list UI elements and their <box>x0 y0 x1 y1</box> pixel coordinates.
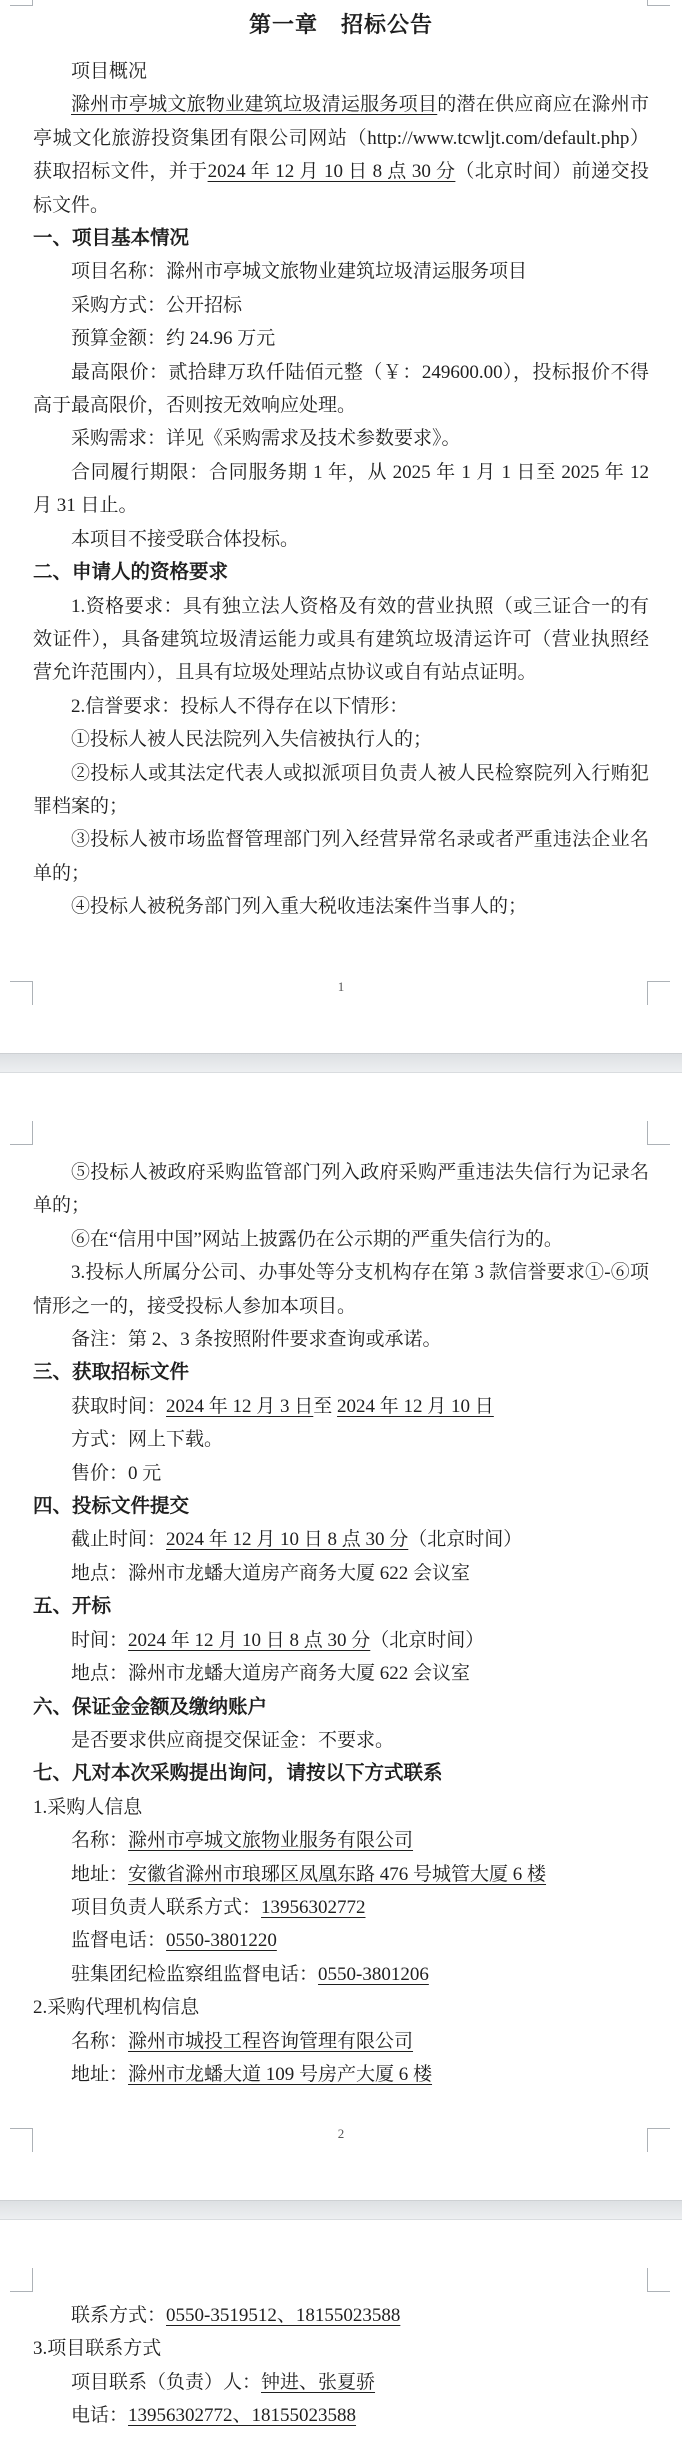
underlined-text: 0550-3801220 <box>166 1930 277 1951</box>
credit-item-1: ①投标人被人民法院列入失信被执行人的； <box>33 723 649 756</box>
text-run: 项目联系（负责）人： <box>71 2372 261 2393</box>
text-run: ①投标人被人民法院列入失信被执行人的； <box>71 729 432 750</box>
text-run: 地点：滁州市龙蟠大道房产商务大厦 622 会议室 <box>71 1563 470 1584</box>
field-procurement-method: 采购方式：公开招标 <box>33 289 649 322</box>
text-run: 3.投标人所属分公司、办事处等分支机构存在第 3 款信誉要求①-⑥项情形之一的，… <box>33 1262 649 1316</box>
text-run: ⑤投标人被政府采购监管部门列入政府采购严重违法失信行为记录名单的； <box>33 1162 649 1216</box>
text-run: 六、保证金金额及缴纳账户 <box>33 1696 267 1718</box>
text-run: 最高限价：贰拾肆万玖仟陆佰元整（￥：249600.00），投标报价不得高于最高限… <box>33 362 649 416</box>
purchaser-info-label: 1.采购人信息 <box>33 1791 649 1824</box>
page-1: 第一章 招标公告项目概况滁州市亭城文旅物业建筑垃圾清运服务项目的潜在供应商应在滁… <box>0 0 682 1053</box>
purchaser-address: 地址：安徽省滁州市琅琊区凤凰东路 476 号城管大厦 6 楼 <box>33 1858 649 1891</box>
page-content: 联系方式：0550-3519512、181550235883.项目联系方式项目联… <box>0 2220 682 2433</box>
project-overview-label: 项目概况 <box>33 55 649 88</box>
text-run: 2.采购代理机构信息 <box>33 1997 199 2018</box>
text-run: 采购方式：公开招标 <box>71 295 242 316</box>
text-run: 七、凡对本次采购提出询问，请按以下方式联系 <box>33 1762 443 1784</box>
field-obtain-time: 获取时间：2024 年 12 月 3 日至 2024 年 12 月 10 日 <box>33 1390 649 1423</box>
credit-item-3: ③投标人被市场监督管理部门列入经营异常名录或者严重违法企业名单的； <box>33 823 649 890</box>
agency-address: 地址：滁州市龙蟠大道 109 号房产大厦 6 楼 <box>33 2058 649 2091</box>
field-procurement-demand: 采购需求：详见《采购需求及技术参数要求》。 <box>33 422 649 455</box>
underlined-text: 钟进、张夏骄 <box>261 2372 375 2393</box>
underlined-text: 2024 年 12 月 10 日 <box>337 1396 494 1417</box>
purchaser-name: 名称：滁州市亭城文旅物业服务有限公司 <box>33 1824 649 1857</box>
margin-crop-mark-tr <box>647 1121 670 1145</box>
text-run: 合同履行期限：合同服务期 1 年，从 2025 年 1 月 1 日至 2025 … <box>33 462 649 516</box>
page-content: 第一章 招标公告项目概况滁州市亭城文旅物业建筑垃圾清运服务项目的潜在供应商应在滁… <box>0 0 682 924</box>
text-run: 五、开标 <box>33 1595 111 1617</box>
underlined-text: 滁州市城投工程咨询管理有限公司 <box>128 2031 413 2052</box>
text-run: 地点：滁州市龙蟠大道房产商务大厦 622 会议室 <box>71 1663 470 1684</box>
page-number: 2 <box>0 2126 682 2142</box>
credit-item-4: ④投标人被税务部门列入重大税收违法案件当事人的； <box>33 890 649 923</box>
field-project-name: 项目名称：滁州市亭城文旅物业建筑垃圾清运服务项目 <box>33 255 649 288</box>
text-run: 名称： <box>71 2031 128 2052</box>
margin-crop-mark-tl <box>10 2268 33 2292</box>
field-submit-place: 地点：滁州市龙蟠大道房产商务大厦 622 会议室 <box>33 1557 649 1590</box>
agency-info-label: 2.采购代理机构信息 <box>33 1991 649 2024</box>
page-content: ⑤投标人被政府采购监管部门列入政府采购严重违法失信行为记录名单的；⑥在“信用中国… <box>0 1073 682 2091</box>
text-run: 售价：0 元 <box>71 1463 161 1484</box>
section-7-heading: 七、凡对本次采购提出询问，请按以下方式联系 <box>33 1757 649 1790</box>
purchaser-contact: 项目负责人联系方式：13956302772 <box>33 1891 649 1924</box>
text-run: 一、项目基本情况 <box>33 227 189 249</box>
underlined-text: 滁州市亭城文旅物业建筑垃圾清运服务项目 <box>71 94 437 115</box>
text-run: 地址： <box>71 1864 128 1885</box>
overview-paragraph: 滁州市亭城文旅物业建筑垃圾清运服务项目的潜在供应商应在滁州市亭城文化旅游投资集团… <box>33 88 649 222</box>
section-1-heading: 一、项目基本情况 <box>33 222 649 255</box>
supervision-phone: 监督电话：0550-3801220 <box>33 1924 649 1957</box>
text-run: 项目负责人联系方式： <box>71 1897 261 1918</box>
text-run: ④投标人被税务部门列入重大税收违法案件当事人的； <box>71 896 527 917</box>
text-run: 预算金额：约 24.96 万元 <box>71 328 275 349</box>
qualification-requirement: 1.资格要求：具有独立法人资格及有效的营业执照（或三证合一的有效证件），具备建筑… <box>33 590 649 690</box>
section-6-heading: 六、保证金金额及缴纳账户 <box>33 1691 649 1724</box>
credit-requirement: 2.信誉要求：投标人不得存在以下情形： <box>33 690 649 723</box>
page-number: 1 <box>0 979 682 995</box>
text-run: 本项目不接受联合体投标。 <box>71 529 299 550</box>
text-run: 1.资格要求：具有独立法人资格及有效的营业执照（或三证合一的有效证件），具备建筑… <box>33 596 649 684</box>
text-run: 二、申请人的资格要求 <box>33 561 228 583</box>
field-contract-period: 合同履行期限：合同服务期 1 年，从 2025 年 1 月 1 日至 2025 … <box>33 456 649 523</box>
text-run: （北京时间） <box>370 1630 484 1651</box>
text-run: 三、获取招标文件 <box>33 1361 189 1383</box>
underlined-text: 2024 年 12 月 10 日 8 点 30 分 <box>128 1630 370 1651</box>
text-run: 项目名称：滁州市亭城文旅物业建筑垃圾清运服务项目 <box>71 261 527 282</box>
text-run: 是否要求供应商提交保证金：不要求。 <box>71 1730 394 1751</box>
field-budget: 预算金额：约 24.96 万元 <box>33 322 649 355</box>
text-run: 至 <box>313 1396 337 1417</box>
underlined-text: 13956302772 <box>261 1897 366 1918</box>
page-separator <box>0 2200 682 2220</box>
text-run: 四、投标文件提交 <box>33 1495 189 1517</box>
text-run: 联系方式： <box>71 2305 166 2326</box>
field-deadline: 截止时间：2024 年 12 月 10 日 8 点 30 分（北京时间） <box>33 1523 649 1556</box>
discipline-supervision-phone: 驻集团纪检监察组监督电话：0550-3801206 <box>33 1958 649 1991</box>
margin-crop-mark-tr <box>647 2268 670 2292</box>
text-run: 驻集团纪检监察组监督电话： <box>71 1964 318 1985</box>
text-run: 时间： <box>71 1630 128 1651</box>
text-run: 采购需求：详见《采购需求及技术参数要求》。 <box>71 428 461 449</box>
project-contact-person: 项目联系（负责）人：钟进、张夏骄 <box>33 2366 649 2399</box>
underlined-text: 0550-3519512、18155023588 <box>166 2305 400 2326</box>
underlined-text: 安徽省滁州市琅琊区凤凰东路 476 号城管大厦 6 楼 <box>128 1864 546 1885</box>
page-3: 联系方式：0550-3519512、181550235883.项目联系方式项目联… <box>0 2220 682 2445</box>
remark-note: 备注：第 2、3 条按照附件要求查询或承诺。 <box>33 1323 649 1356</box>
document-viewer: 第一章 招标公告项目概况滁州市亭城文旅物业建筑垃圾清运服务项目的潜在供应商应在滁… <box>0 0 682 2445</box>
text-run: 第一章 招标公告 <box>249 12 433 37</box>
underlined-text: 13956302772、18155023588 <box>128 2405 356 2426</box>
text-run: ⑥在“信用中国”网站上披露仍在公示期的严重失信行为的。 <box>71 1229 563 1250</box>
text-run: 名称： <box>71 1830 128 1851</box>
credit-item-2: ②投标人或其法定代表人或拟派项目负责人被人民检察院列入行贿犯罪档案的； <box>33 757 649 824</box>
project-contact-label: 3.项目联系方式 <box>33 2332 649 2365</box>
chapter-title: 第一章 招标公告 <box>33 6 649 44</box>
section-2-heading: 二、申请人的资格要求 <box>33 556 649 589</box>
section-3-heading: 三、获取招标文件 <box>33 1356 649 1389</box>
field-obtain-method: 方式：网上下载。 <box>33 1423 649 1456</box>
agency-contact: 联系方式：0550-3519512、18155023588 <box>33 2299 649 2332</box>
text-run: 截止时间： <box>71 1529 166 1550</box>
text-run: ③投标人被市场监督管理部门列入经营异常名录或者严重违法企业名单的； <box>33 829 649 883</box>
field-price: 售价：0 元 <box>33 1457 649 1490</box>
underlined-text: 滁州市龙蟠大道 109 号房产大厦 6 楼 <box>128 2064 432 2085</box>
text-run: 监督电话： <box>71 1930 166 1951</box>
text-run: 1.采购人信息 <box>33 1797 142 1818</box>
field-no-consortium: 本项目不接受联合体投标。 <box>33 523 649 556</box>
underlined-text: 2024 年 12 月 10 日 8 点 30 分 <box>166 1529 408 1550</box>
branch-clause: 3.投标人所属分公司、办事处等分支机构存在第 3 款信誉要求①-⑥项情形之一的，… <box>33 1256 649 1323</box>
text-run: 2.信誉要求：投标人不得存在以下情形： <box>71 696 408 717</box>
text-run: 地址： <box>71 2064 128 2085</box>
section-4-heading: 四、投标文件提交 <box>33 1490 649 1523</box>
underlined-text: 滁州市亭城文旅物业服务有限公司 <box>128 1830 413 1851</box>
margin-crop-mark-tr <box>647 0 670 6</box>
credit-item-6: ⑥在“信用中国”网站上披露仍在公示期的严重失信行为的。 <box>33 1223 649 1256</box>
text-run: 电话： <box>71 2405 128 2426</box>
project-contact-phone: 电话：13956302772、18155023588 <box>33 2399 649 2432</box>
field-max-price: 最高限价：贰拾肆万玖仟陆佰元整（￥：249600.00），投标报价不得高于最高限… <box>33 356 649 423</box>
field-deposit: 是否要求供应商提交保证金：不要求。 <box>33 1724 649 1757</box>
page-2: ⑤投标人被政府采购监管部门列入政府采购严重违法失信行为记录名单的；⑥在“信用中国… <box>0 1073 682 2200</box>
text-run: 备注：第 2、3 条按照附件要求查询或承诺。 <box>71 1329 442 1350</box>
underlined-text: 2024 年 12 月 3 日 <box>166 1396 313 1417</box>
underlined-text: 2024 年 12 月 10 日 8 点 30 分 <box>208 161 456 182</box>
margin-crop-mark-tl <box>10 0 33 6</box>
text-run: 获取时间： <box>71 1396 166 1417</box>
page-separator <box>0 1053 682 1073</box>
text-run: 3.项目联系方式 <box>33 2338 161 2359</box>
credit-item-5: ⑤投标人被政府采购监管部门列入政府采购严重违法失信行为记录名单的； <box>33 1156 649 1223</box>
text-run: 方式：网上下载。 <box>71 1429 223 1450</box>
text-run: ②投标人或其法定代表人或拟派项目负责人被人民检察院列入行贿犯罪档案的； <box>33 763 649 817</box>
field-open-place: 地点：滁州市龙蟠大道房产商务大厦 622 会议室 <box>33 1657 649 1690</box>
agency-name: 名称：滁州市城投工程咨询管理有限公司 <box>33 2025 649 2058</box>
text-run: 项目概况 <box>71 61 147 82</box>
text-run: （北京时间） <box>408 1529 522 1550</box>
field-open-time: 时间：2024 年 12 月 10 日 8 点 30 分（北京时间） <box>33 1624 649 1657</box>
section-5-heading: 五、开标 <box>33 1590 649 1623</box>
underlined-text: 0550-3801206 <box>318 1964 429 1985</box>
margin-crop-mark-tl <box>10 1121 33 1145</box>
